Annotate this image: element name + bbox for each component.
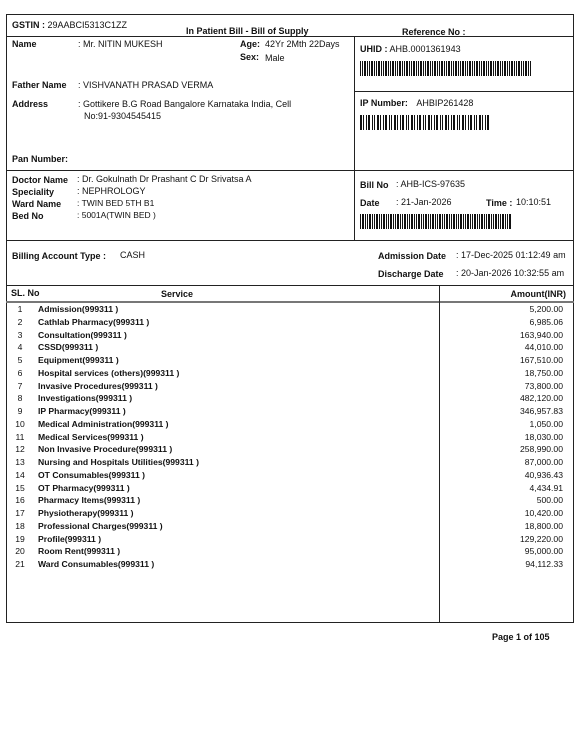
address-line2: No:91-9304545415 bbox=[84, 111, 161, 121]
row-service: CSSD(999311 ) bbox=[38, 342, 98, 352]
table-row: 6Hospital services (others)(999311 )18,7… bbox=[0, 368, 578, 381]
row-service: Ward Consumables(999311 ) bbox=[38, 559, 154, 569]
uhid: UHID : AHB.0001361943 bbox=[360, 44, 461, 54]
row-service: Non Invasive Procedure(999311 ) bbox=[38, 444, 172, 454]
address-line1: : Gottikere B.G Road Bangalore Karnataka… bbox=[78, 99, 291, 109]
row-amount: 73,800.00 bbox=[525, 381, 563, 391]
ip-number: IP Number: AHBIP261428 bbox=[360, 98, 473, 108]
header-amount: Amount(INR) bbox=[511, 289, 567, 299]
row-sl-no: 16 bbox=[8, 495, 32, 505]
row-amount: 6,985.06 bbox=[530, 317, 563, 327]
row-service: OT Pharmacy(999311 ) bbox=[38, 483, 130, 493]
row-service: Admission(999311 ) bbox=[38, 304, 118, 314]
row-sl-no: 12 bbox=[8, 444, 32, 454]
row-service: Hospital services (others)(999311 ) bbox=[38, 368, 179, 378]
row-sl-no: 18 bbox=[8, 521, 32, 531]
table-row: 9IP Pharmacy(999311 )346,957.83 bbox=[0, 406, 578, 419]
pan-label: Pan Number: bbox=[12, 154, 68, 164]
table-row: 2Cathlab Pharmacy(999311 )6,985.06 bbox=[0, 317, 578, 330]
row-amount: 44,010.00 bbox=[525, 342, 563, 352]
row-amount: 18,800.00 bbox=[525, 521, 563, 531]
age-value: 42Yr 2Mth 22Days bbox=[265, 39, 340, 49]
table-row: 17Physiotherapy(999311 )10,420.00 bbox=[0, 508, 578, 521]
date-label: Date bbox=[360, 198, 380, 208]
divider bbox=[354, 170, 355, 240]
table-row: 1Admission(999311 )5,200.00 bbox=[0, 304, 578, 317]
discharge-date-label: Discharge Date bbox=[378, 269, 444, 279]
table-row: 19Profile(999311 )129,220.00 bbox=[0, 534, 578, 547]
doctor-name: : Dr. Gokulnath Dr Prashant C Dr Srivats… bbox=[77, 174, 252, 184]
gstin-value: 29AABCI5313C1ZZ bbox=[48, 20, 128, 30]
sex-label: Sex: bbox=[240, 52, 259, 62]
row-sl-no: 4 bbox=[8, 342, 32, 352]
divider bbox=[6, 301, 574, 303]
ip-label: IP Number: bbox=[360, 98, 408, 108]
row-amount: 5,200.00 bbox=[530, 304, 563, 314]
row-service: Investigations(999311 ) bbox=[38, 393, 132, 403]
table-row: 3Consultation(999311 )163,940.00 bbox=[0, 330, 578, 343]
age-label: Age: bbox=[240, 39, 260, 49]
billing-account-type-label: Billing Account Type : bbox=[12, 251, 106, 261]
admission-date-label: Admission Date bbox=[378, 251, 446, 261]
row-sl-no: 21 bbox=[8, 559, 32, 569]
ward-name: : TWIN BED 5TH B1 bbox=[77, 198, 154, 208]
row-service: Consultation(999311 ) bbox=[38, 330, 127, 340]
father-name: : VISHVANATH PRASAD VERMA bbox=[78, 80, 213, 90]
row-amount: 346,957.83 bbox=[520, 406, 563, 416]
table-row: 5Equipment(999311 )167,510.00 bbox=[0, 355, 578, 368]
row-amount: 10,420.00 bbox=[525, 508, 563, 518]
table-row: 13Nursing and Hospitals Utilities(999311… bbox=[0, 457, 578, 470]
row-service: OT Consumables(999311 ) bbox=[38, 470, 145, 480]
table-row: 4CSSD(999311 )44,010.00 bbox=[0, 342, 578, 355]
row-service: Medical Administration(999311 ) bbox=[38, 419, 169, 429]
row-sl-no: 3 bbox=[8, 330, 32, 340]
doctor-label: Doctor Name bbox=[12, 175, 68, 185]
speciality-label: Speciality bbox=[12, 187, 54, 197]
row-service: Pharmacy Items(999311 ) bbox=[38, 495, 140, 505]
bill-no-label: Bill No bbox=[360, 180, 389, 190]
uhid-label: UHID : bbox=[360, 44, 388, 54]
divider bbox=[354, 91, 574, 92]
sex-value: Male bbox=[265, 53, 285, 63]
bill-time: 10:10:51 bbox=[516, 197, 551, 207]
row-sl-no: 17 bbox=[8, 508, 32, 518]
row-sl-no: 19 bbox=[8, 534, 32, 544]
gstin: GSTIN : 29AABCI5313C1ZZ bbox=[12, 20, 127, 30]
row-amount: 87,000.00 bbox=[525, 457, 563, 467]
row-amount: 167,510.00 bbox=[520, 355, 563, 365]
row-service: Professional Charges(999311 ) bbox=[38, 521, 163, 531]
row-amount: 18,750.00 bbox=[525, 368, 563, 378]
row-sl-no: 2 bbox=[8, 317, 32, 327]
uhid-barcode bbox=[360, 61, 532, 76]
row-service: Equipment(999311 ) bbox=[38, 355, 119, 365]
row-amount: 258,990.00 bbox=[520, 444, 563, 454]
row-sl-no: 11 bbox=[8, 432, 32, 442]
row-sl-no: 9 bbox=[8, 406, 32, 416]
discharge-date: : 20-Jan-2026 10:32:55 am bbox=[456, 268, 564, 278]
bill-date: : 21-Jan-2026 bbox=[396, 197, 452, 207]
row-service: IP Pharmacy(999311 ) bbox=[38, 406, 126, 416]
row-service: Profile(999311 ) bbox=[38, 534, 101, 544]
patient-name: : Mr. NITIN MUKESH bbox=[78, 39, 163, 49]
reference-label: Reference No : bbox=[402, 27, 466, 37]
row-sl-no: 6 bbox=[8, 368, 32, 378]
row-amount: 18,030.00 bbox=[525, 432, 563, 442]
row-sl-no: 8 bbox=[8, 393, 32, 403]
divider bbox=[6, 170, 574, 171]
bed-no: : 5001A(TWIN BED ) bbox=[77, 210, 156, 220]
row-sl-no: 13 bbox=[8, 457, 32, 467]
row-sl-no: 10 bbox=[8, 419, 32, 429]
bill-no: : AHB-ICS-97635 bbox=[396, 179, 465, 189]
name-label: Name bbox=[12, 39, 37, 49]
row-service: Nursing and Hospitals Utilities(999311 ) bbox=[38, 457, 199, 467]
row-amount: 129,220.00 bbox=[520, 534, 563, 544]
ip-barcode bbox=[360, 115, 492, 130]
table-row: 8Investigations(999311 )482,120.00 bbox=[0, 393, 578, 406]
row-amount: 94,112.33 bbox=[525, 559, 563, 569]
row-sl-no: 20 bbox=[8, 546, 32, 556]
bill-title: In Patient Bill - Bill of Supply bbox=[186, 26, 309, 36]
billing-account-type: CASH bbox=[120, 250, 145, 260]
row-amount: 500.00 bbox=[537, 495, 563, 505]
divider bbox=[6, 240, 574, 241]
row-amount: 40,936.43 bbox=[525, 470, 563, 480]
admission-date: : 17-Dec-2025 01:12:49 am bbox=[456, 250, 566, 260]
row-amount: 95,000.00 bbox=[525, 546, 563, 556]
row-service: Room Rent(999311 ) bbox=[38, 546, 120, 556]
row-amount: 163,940.00 bbox=[520, 330, 563, 340]
divider bbox=[354, 36, 355, 170]
address-label: Address bbox=[12, 99, 48, 109]
row-service: Physiotherapy(999311 ) bbox=[38, 508, 134, 518]
table-row: 12Non Invasive Procedure(999311 )258,990… bbox=[0, 444, 578, 457]
time-label: Time : bbox=[486, 198, 512, 208]
ward-label: Ward Name bbox=[12, 199, 61, 209]
row-service: Cathlab Pharmacy(999311 ) bbox=[38, 317, 149, 327]
header-sl-no: SL. No bbox=[11, 288, 40, 298]
row-sl-no: 5 bbox=[8, 355, 32, 365]
bill-barcode bbox=[360, 214, 512, 229]
row-service: Medical Services(999311 ) bbox=[38, 432, 144, 442]
row-sl-no: 14 bbox=[8, 470, 32, 480]
table-row: 15OT Pharmacy(999311 )4,434.91 bbox=[0, 483, 578, 496]
row-amount: 482,120.00 bbox=[520, 393, 563, 403]
table-row: 18Professional Charges(999311 )18,800.00 bbox=[0, 521, 578, 534]
header-service: Service bbox=[161, 289, 193, 299]
gstin-label: GSTIN : bbox=[12, 20, 45, 30]
father-name-label: Father Name bbox=[12, 80, 67, 90]
row-amount: 1,050.00 bbox=[530, 419, 563, 429]
row-amount: 4,434.91 bbox=[530, 483, 563, 493]
speciality: : NEPHROLOGY bbox=[77, 186, 146, 196]
table-row: 14OT Consumables(999311 )40,936.43 bbox=[0, 470, 578, 483]
table-row: 20Room Rent(999311 )95,000.00 bbox=[0, 546, 578, 559]
table-row: 7Invasive Procedures(999311 )73,800.00 bbox=[0, 381, 578, 394]
row-service: Invasive Procedures(999311 ) bbox=[38, 381, 158, 391]
ip-value: AHBIP261428 bbox=[416, 98, 473, 108]
page-number: Page 1 of 105 bbox=[492, 632, 550, 642]
divider bbox=[6, 285, 574, 286]
bed-label: Bed No bbox=[12, 211, 44, 221]
table-row: 16Pharmacy Items(999311 )500.00 bbox=[0, 495, 578, 508]
table-row: 21Ward Consumables(999311 )94,112.33 bbox=[0, 559, 578, 572]
table-row: 10Medical Administration(999311 )1,050.0… bbox=[0, 419, 578, 432]
row-sl-no: 15 bbox=[8, 483, 32, 493]
row-sl-no: 1 bbox=[8, 304, 32, 314]
uhid-value: AHB.0001361943 bbox=[390, 44, 461, 54]
row-sl-no: 7 bbox=[8, 381, 32, 391]
table-row: 11Medical Services(999311 )18,030.00 bbox=[0, 432, 578, 445]
divider bbox=[6, 36, 574, 37]
